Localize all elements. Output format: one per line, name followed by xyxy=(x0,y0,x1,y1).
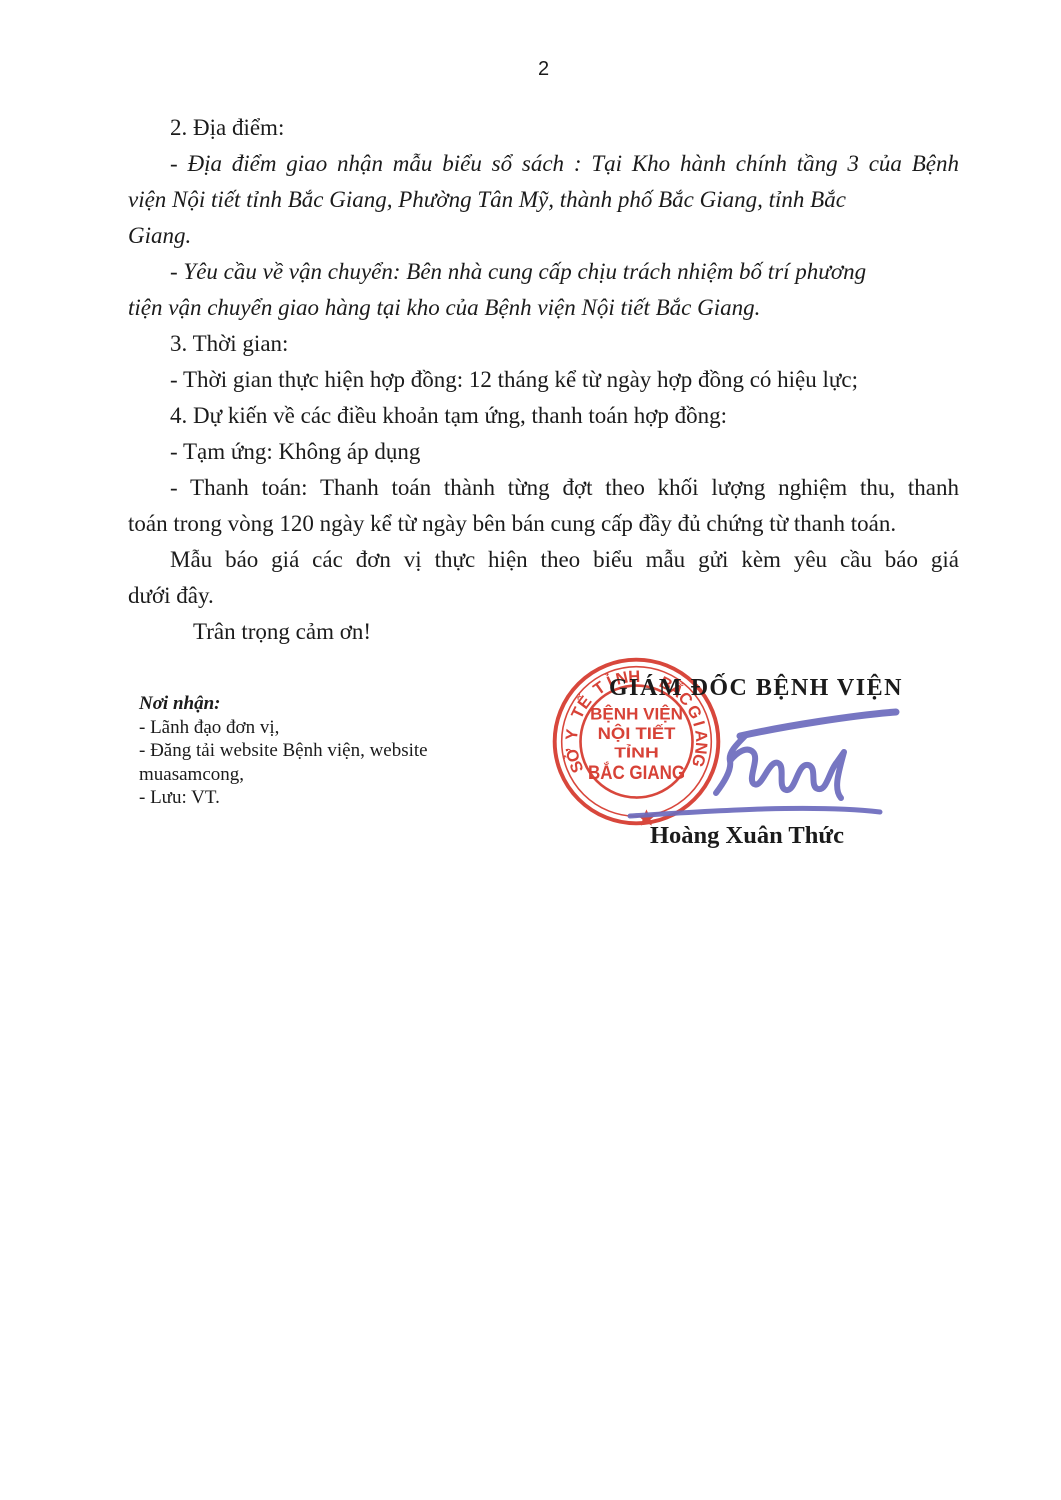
recipient-line: - Lãnh đạo đơn vị, xyxy=(139,716,479,740)
body-line: dưới đây. xyxy=(128,578,959,614)
body-line: - Thời gian thực hiện hợp đồng: 12 tháng… xyxy=(128,362,959,398)
seal-ring-letter: Y xyxy=(562,728,582,741)
recipients-block: Nơi nhận: - Lãnh đạo đơn vị,- Đăng tải w… xyxy=(139,692,479,810)
body-line: Mẫu báo giá các đơn vị thực hiện theo bi… xyxy=(128,542,959,578)
body-line: - Yêu cầu về vận chuyển: Bên nhà cung cấ… xyxy=(128,254,959,290)
signature-underline xyxy=(630,808,880,816)
seal-ring-letter: Ở xyxy=(562,745,584,764)
body-line: - Địa điểm giao nhận mẫu biểu sổ sách : … xyxy=(128,146,959,182)
body-line: toán trong vòng 120 ngày kể từ ngày bên … xyxy=(128,506,959,542)
body-line: viện Nội tiết tỉnh Bắc Giang, Phường Tân… xyxy=(128,182,959,218)
body-line: - Thanh toán: Thanh toán thành từng đợt … xyxy=(128,470,959,506)
recipient-line: - Lưu: VT. xyxy=(139,786,479,810)
body-line: 4. Dự kiến về các điều khoản tạm ứng, th… xyxy=(128,398,959,434)
body-line: Trân trọng cảm ơn! xyxy=(128,614,959,650)
body-line: tiện vận chuyển giao hàng tại kho của Bệ… xyxy=(128,290,959,326)
recipient-line: - Đăng tải website Bệnh viện, website xyxy=(139,739,479,763)
recipients-list: - Lãnh đạo đơn vị,- Đăng tải website Bện… xyxy=(139,716,479,810)
signature-stroke-top xyxy=(740,712,896,736)
recipients-heading: Nơi nhận: xyxy=(139,692,479,716)
document-page: 2 2. Địa điểm:- Địa điểm giao nhận mẫu b… xyxy=(0,0,1061,1500)
body-line: Giang. xyxy=(128,218,959,254)
body-line: 3. Thời gian: xyxy=(128,326,959,362)
body-line: 2. Địa điểm: xyxy=(128,110,959,146)
signature-ink xyxy=(590,695,910,835)
signature-stroke-scribble xyxy=(716,735,844,798)
document-body: 2. Địa điểm:- Địa điểm giao nhận mẫu biể… xyxy=(128,110,959,650)
page-number: 2 xyxy=(128,58,959,81)
body-line: - Tạm ứng: Không áp dụng xyxy=(128,434,959,470)
recipient-line: muasamcong, xyxy=(139,763,479,787)
